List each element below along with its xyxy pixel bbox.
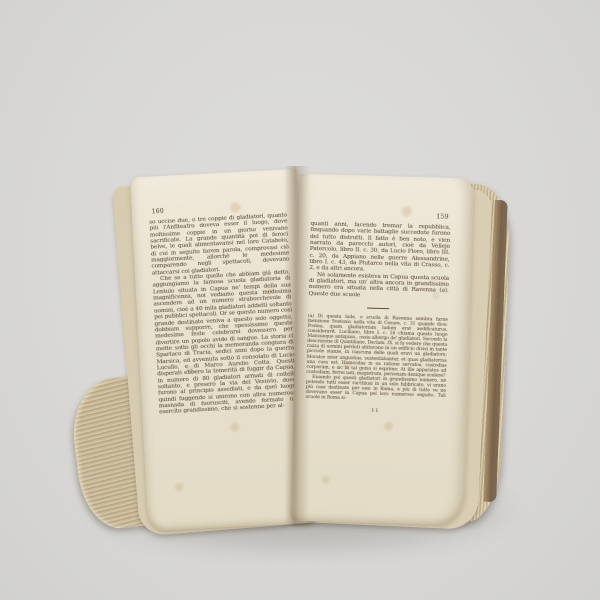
right-page-surface: 159 quanti anni, facendo tremar la repub… bbox=[290, 174, 474, 526]
right-page-number: 159 bbox=[311, 210, 451, 221]
left-paragraph-2: Che se a tutto quello che abbiam già det… bbox=[152, 269, 297, 416]
footnote-text: (a) Di questa lude, o scuola di Ravenna … bbox=[306, 314, 448, 404]
signature-mark: 11 bbox=[305, 406, 445, 416]
open-book-photo: 160 so uccise due, o tre coppie di gladi… bbox=[0, 0, 600, 600]
right-paragraph-1: quanti anni, facendo tremar la repubblic… bbox=[309, 221, 450, 276]
right-paragraph-2: Nè solamente esisteva in Capua questa sc… bbox=[308, 272, 449, 301]
left-page-text: so uccise due, o tre coppie di gladiator… bbox=[149, 212, 297, 416]
gutter-shadow bbox=[284, 166, 310, 526]
right-page-text: quanti anni, facendo tremar la repubblic… bbox=[308, 221, 450, 301]
left-paragraph-1: so uccise due, o tre coppie di gladiator… bbox=[149, 212, 290, 276]
footnote-paragraph-2: Essendo poi questi gladiatori in grandis… bbox=[306, 375, 447, 404]
footnote-separator-rule bbox=[367, 308, 389, 310]
footnote-paragraph-1: (a) Di questa lude, o scuola di Ravenna … bbox=[306, 314, 448, 378]
right-page: 159 quanti anni, facendo tremar la repub… bbox=[290, 174, 474, 526]
